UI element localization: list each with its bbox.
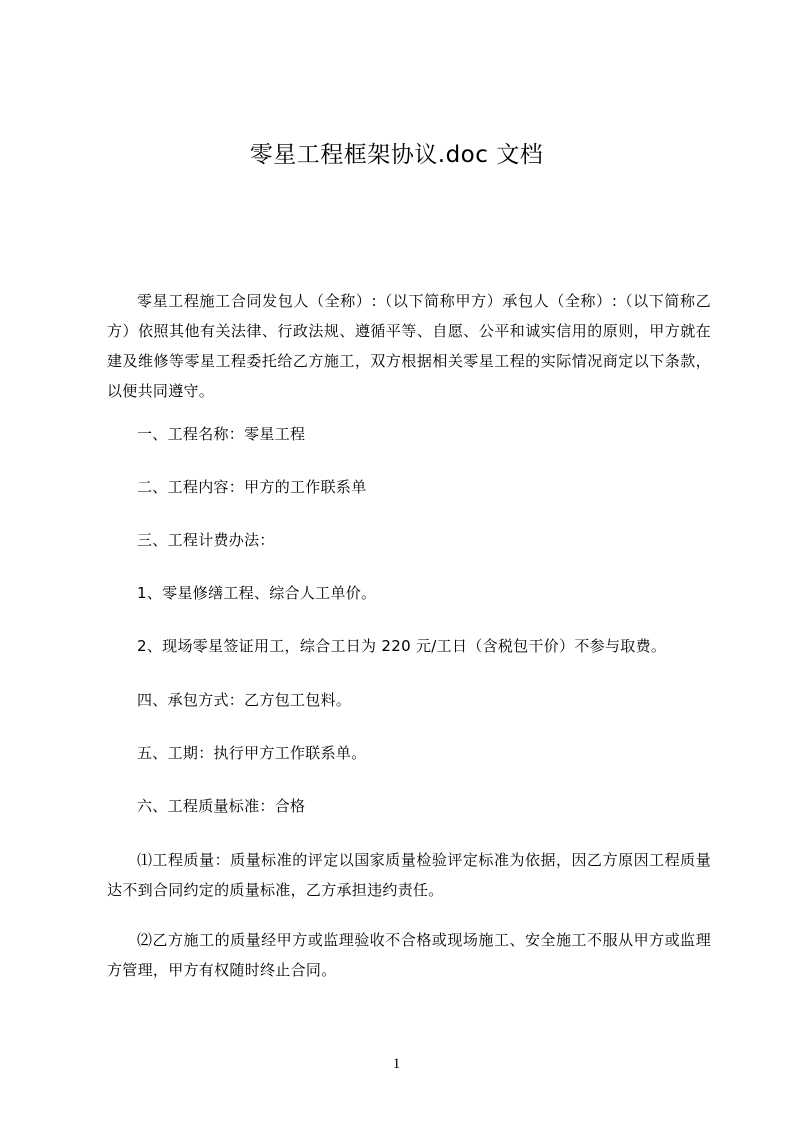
section-project-content: 二、工程内容：甲方的工作联系单: [137, 472, 711, 502]
billing-item-1: 1、零星修缮工程、综合人工单价。: [137, 578, 711, 608]
section-duration: 五、工期：执行甲方工作联系单。: [137, 738, 711, 768]
section-project-name: 一、工程名称：零星工程: [137, 419, 711, 449]
quality-clause-1: ⑴工程质量：质量标准的评定以国家质量检验评定标准为依据，因乙方原因工程质量达不到…: [107, 845, 711, 905]
intro-paragraph: 零星工程施工合同发包人（全称）:（以下简称甲方）承包人（全称）:（以下简称乙方）…: [107, 286, 711, 406]
section-billing-method: 三、工程计费办法：: [137, 525, 711, 555]
billing-item-2: 2、现场零星签证用工，综合工日为 220 元/工日（含税包干价）不参与取费。: [137, 631, 711, 661]
document-title: 零星工程框架协议.doc 文档: [0, 138, 793, 172]
section-quality-standard: 六、工程质量标准：合格: [137, 791, 711, 821]
quality-clause-2: ⑵乙方施工的质量经甲方或监理验收不合格或现场施工、安全施工不服从甲方或监理方管理…: [107, 925, 711, 985]
page-number: 1: [0, 1054, 793, 1074]
section-contract-method: 四、承包方式：乙方包工包料。: [137, 685, 711, 715]
